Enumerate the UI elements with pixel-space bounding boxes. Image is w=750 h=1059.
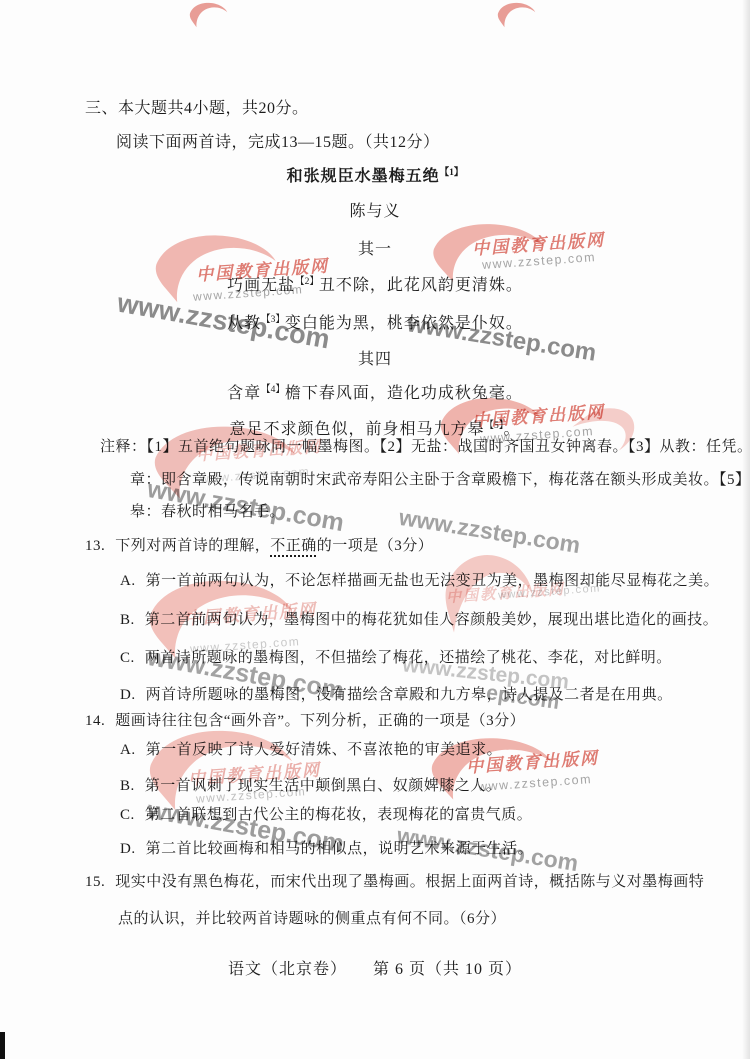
question-number: 13. — [85, 537, 105, 555]
question-15-line1: 15.现实中没有黑色梅花，而宋代出现了墨梅画。根据上面两首诗，概括陈与义对墨梅画… — [85, 873, 704, 891]
footnote-marker: 【3】 — [261, 315, 285, 325]
question-number: 15. — [85, 873, 105, 891]
poem-line-1: 巧画无盐【2】丑不除，此花风韵更清姝。 — [0, 276, 750, 295]
poem-author: 陈与义 — [0, 202, 750, 221]
option-row: C.第二首联想到古代公主的梅花妆，表现梅花的富贵气质。 — [120, 806, 532, 824]
page-footer: 语文（北京卷）第 6 页（共 10 页） — [0, 956, 750, 979]
brand-swoosh-icon — [496, 2, 536, 29]
instruction-line: 阅读下面两首诗，完成13—15题。（共12分） — [116, 133, 440, 152]
poem-part2-label: 其四 — [0, 350, 750, 369]
question-13-stem: 13.下列对两首诗的理解，不正确的一项是（3分） — [85, 537, 433, 555]
option-label: C. — [120, 806, 135, 824]
poem-title: 和张规臣水墨梅五绝【1】 — [0, 167, 750, 186]
option-label: A. — [120, 741, 136, 759]
option-row: B.第二首前两句认为，墨梅图中的梅花犹如佳人容颜般美妙，展现出堪比造化的画技。 — [120, 611, 718, 629]
option-row: A.第一首前两句认为，不论怎样描画无盐也无法变丑为美，墨梅图却能尽显梅花之美。 — [120, 572, 719, 590]
footnote-marker: 【1】 — [440, 168, 464, 178]
note-line: 皋：春秋时相马名手。 — [130, 503, 285, 521]
option-row: A.第一首反映了诗人爱好清姝、不喜浓艳的审美追求。 — [120, 741, 502, 759]
option-row: C.两首诗所题咏的墨梅图，不但描绘了梅花，还描绘了桃花、李花，对比鲜明。 — [120, 649, 672, 667]
emphasized-text: 不正确 — [270, 538, 317, 554]
poem-line-2: 从教【3】变白能为黑，桃李依然是仆奴。 — [0, 314, 750, 333]
option-label: B. — [120, 777, 135, 795]
option-row: D.第二首比较画梅和相马的相似点，说明艺术来源于生活。 — [120, 840, 533, 858]
footer-book-title: 语文（北京卷） — [228, 961, 347, 978]
poem-line-3: 含章【4】檐下春风面，造化功成秋兔毫。 — [0, 384, 750, 403]
scan-edge-shadow — [742, 0, 750, 1059]
option-row: D.两首诗所题咏的墨梅图，没有描绘含章殿和九方皋，诗人提及二者是在用典。 — [120, 686, 673, 704]
option-label: B. — [120, 611, 135, 629]
option-label: D. — [120, 840, 136, 858]
footnote-marker: 【2】 — [295, 277, 319, 287]
brand-swoosh-icon — [434, 545, 541, 652]
question-number: 14. — [85, 712, 105, 730]
note-line: 注释：【1】五首绝句题咏同一幅墨梅图。【2】无盐：战国时齐国丑女钟离春。【3】从… — [100, 438, 750, 456]
footnote-marker: 【4】 — [261, 385, 285, 395]
question-14-stem: 14.题画诗往往包含“画外音”。下列分析，正确的一项是（3分） — [85, 712, 525, 730]
poem-line-4: 意足不求颜色似，前身相马九方皋【5】。 — [0, 420, 750, 439]
note-line: 章：即含章殿，传说南朝时宋武帝寿阳公主卧于含章殿檐下，梅花落在额头形成美妆。【5… — [130, 471, 750, 489]
option-label: A. — [120, 572, 136, 590]
footer-page-number: 第 6 页（共 10 页） — [373, 961, 522, 978]
option-row: B.第一首讽刺了现实生活中颠倒黑白、奴颜婢膝之人。 — [120, 777, 501, 795]
brand-swoosh-icon — [188, 2, 228, 29]
section-title: 三、本大题共4小题，共20分。 — [85, 99, 309, 118]
exam-paper-page: 三、本大题共4小题，共20分。 阅读下面两首诗，完成13—15题。（共12分） … — [0, 0, 750, 1059]
poem-part1-label: 其一 — [0, 240, 750, 259]
scan-corner-mark — [0, 1032, 5, 1059]
option-label: D. — [120, 686, 136, 704]
footnote-marker: 【5】 — [484, 421, 503, 431]
question-15-line2: 点的认识，并比较两首诗题咏的侧重点有何不同。（6分） — [118, 910, 506, 928]
option-label: C. — [120, 649, 135, 667]
